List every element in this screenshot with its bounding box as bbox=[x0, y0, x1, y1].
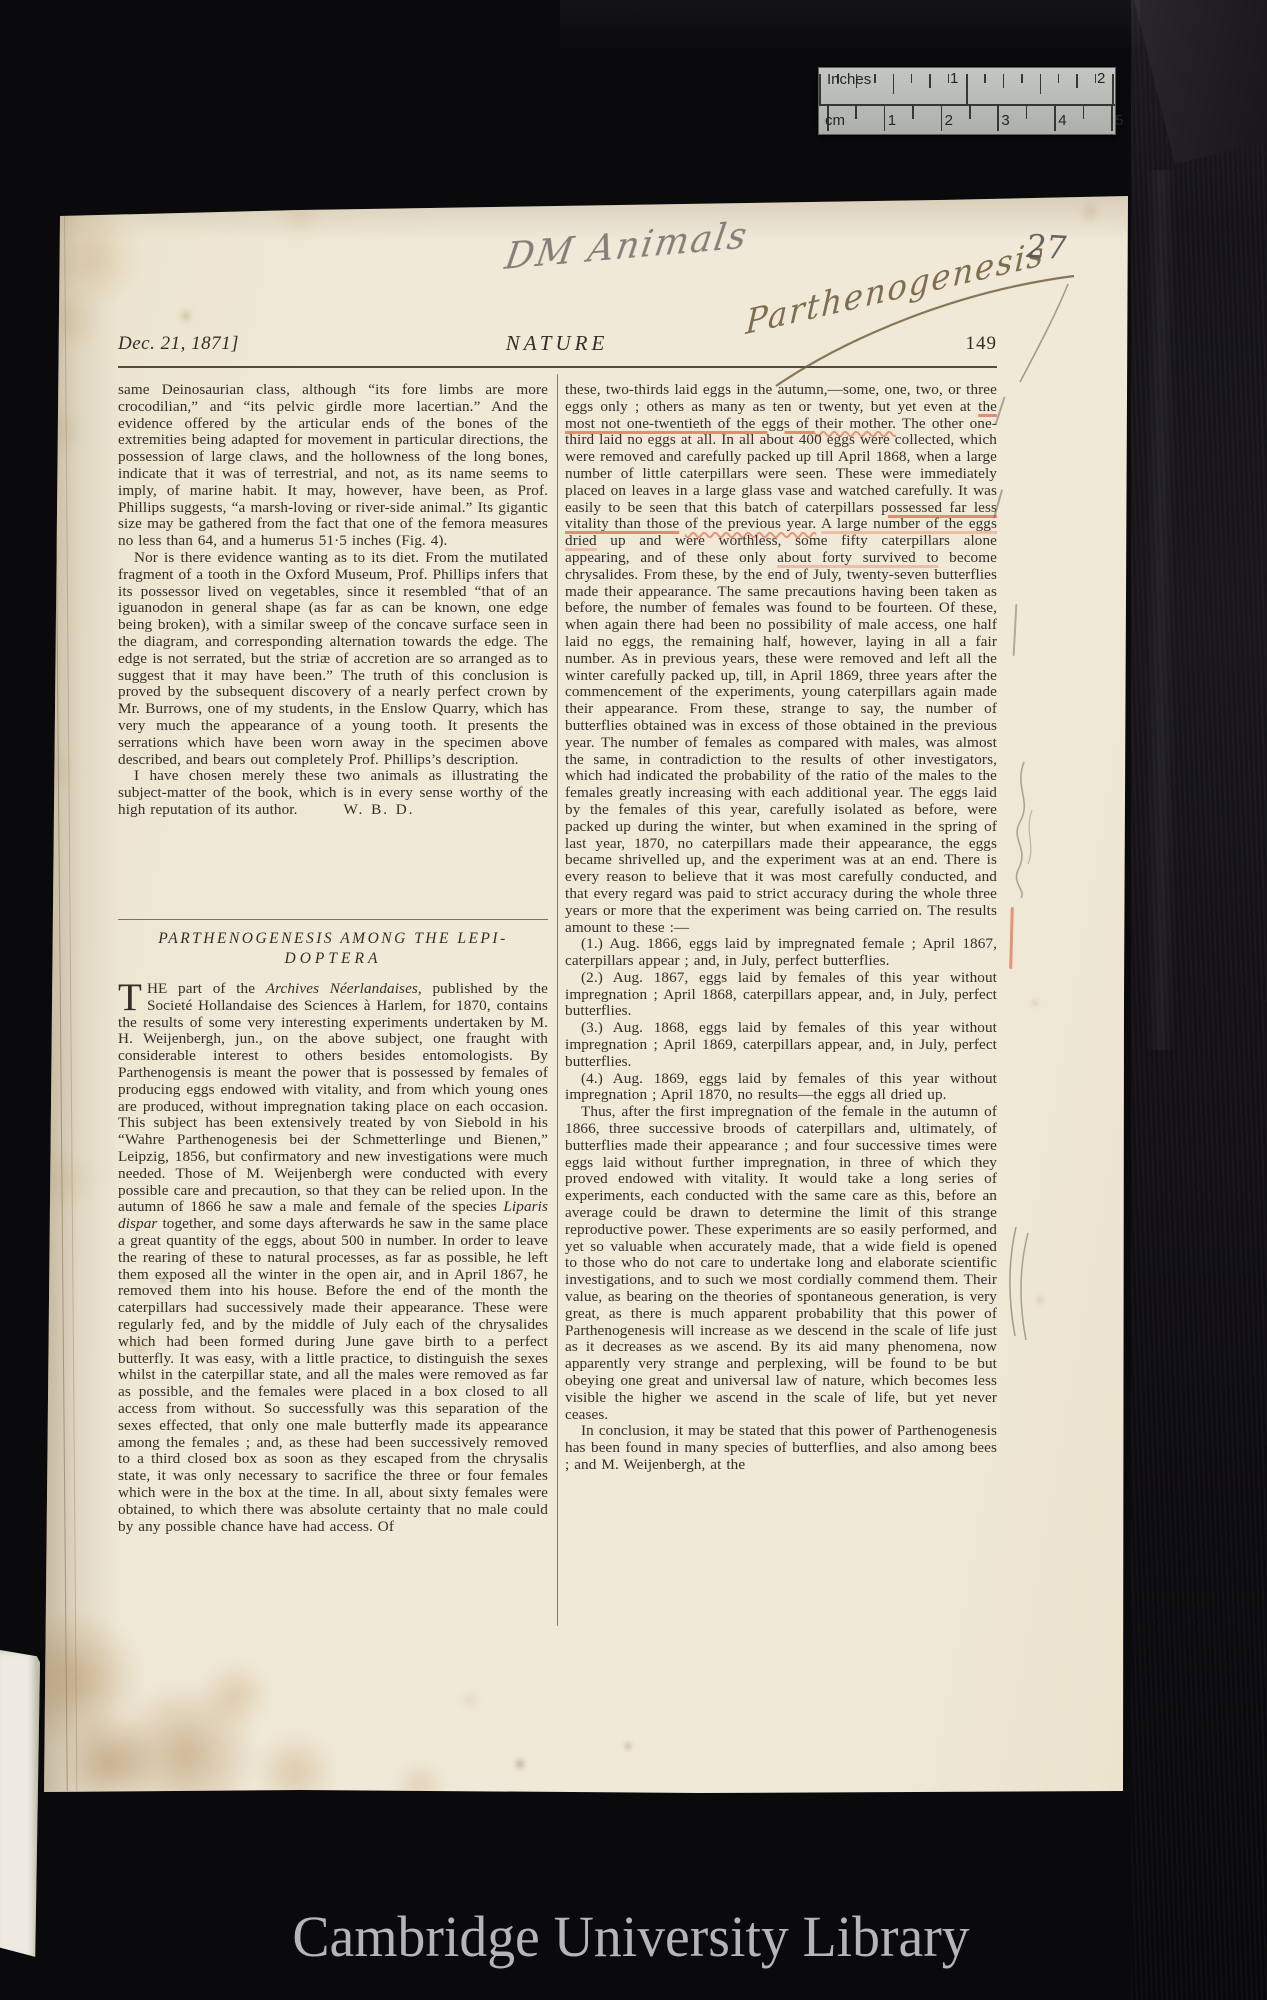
ruler-inch-tick bbox=[1112, 74, 1114, 105]
header-journal-title: NATURE bbox=[457, 331, 657, 356]
text-segment: become chrysalides. From these, by the e… bbox=[565, 549, 997, 936]
text-segment: In conclusion, it may be stated that thi… bbox=[565, 1422, 997, 1473]
journal-page: Dec. 21, 1871] NATURE 149 same Deinosaur… bbox=[0, 0, 1267, 2000]
text-segment: Nor is there evidence wanting as to its … bbox=[118, 549, 548, 768]
paragraph: (4.) Aug. 1869, eggs laid by females of … bbox=[565, 1071, 997, 1105]
ruler-cm-tick bbox=[884, 106, 886, 131]
ruler-cm-tick bbox=[912, 106, 914, 119]
ruler-cm-number: 5 bbox=[1115, 112, 1123, 129]
ink-flourish-stroke bbox=[770, 270, 1080, 390]
ruler-inch-tick bbox=[929, 74, 931, 88]
text-segment: about forty survived to bbox=[777, 549, 938, 566]
ruler-inch-tick bbox=[874, 74, 876, 83]
text-segment: together, and some days afterwards he sa… bbox=[118, 1215, 548, 1534]
text-segment: published by the Societé Hollandaise des… bbox=[118, 981, 548, 1215]
ruler-inch-tick bbox=[1095, 74, 1097, 83]
left-column-article-body: THE part of the Archives Néerlandaises, … bbox=[118, 981, 548, 1633]
text-segment: (4.) Aug. 1869, eggs laid by females of … bbox=[565, 1070, 997, 1104]
article-separator-rule bbox=[118, 919, 548, 920]
paragraph: (1.) Aug. 1866, eggs laid by impregnated… bbox=[565, 936, 997, 970]
foxing-stain bbox=[253, 1730, 337, 1814]
ruler-cm-tick bbox=[997, 106, 999, 131]
paragraph: In conclusion, it may be stated that thi… bbox=[565, 1423, 997, 1473]
red-crayon-margin-line bbox=[1009, 907, 1014, 969]
text-segment: (3.) Aug. 1868, eggs laid by females of … bbox=[565, 1019, 997, 1070]
foxing-stain bbox=[1080, 202, 1100, 222]
text-segment: their mother. bbox=[815, 415, 896, 432]
ruler-cm-tick bbox=[1054, 106, 1056, 131]
paragraph: same Deinosaurian class, although “its f… bbox=[118, 382, 548, 550]
paragraph: these, two-thirds laid eggs in the autum… bbox=[565, 382, 997, 936]
ruler-cm-tick bbox=[1026, 106, 1028, 119]
foxing-stain bbox=[514, 1758, 526, 1770]
foxing-stain bbox=[47, 210, 143, 306]
foxing-stain bbox=[623, 1741, 633, 1751]
ruler-cm-number: 3 bbox=[1001, 112, 1009, 129]
ruler-inch-tick bbox=[1021, 74, 1023, 83]
pencil-margin-squiggle bbox=[1004, 760, 1046, 900]
pencil-margin-double-bracket bbox=[1002, 1224, 1038, 1344]
column-divider-rule bbox=[557, 374, 558, 1626]
ruler-inch-number: 1 bbox=[950, 70, 958, 87]
ruler-cm-tick bbox=[855, 106, 857, 119]
text-segment: T bbox=[118, 981, 147, 1013]
header-date: Dec. 21, 1871] bbox=[118, 333, 239, 355]
foxing-stain bbox=[36, 1150, 96, 1210]
ruler-inch-tick bbox=[1003, 74, 1005, 88]
library-caption: Cambridge University Library bbox=[247, 1903, 1015, 1970]
foxing-stain bbox=[460, 1690, 480, 1710]
foxing-stain bbox=[34, 404, 86, 456]
foxing-stain bbox=[278, 193, 322, 237]
foxing-stain bbox=[40, 290, 100, 350]
scale-ruler: Inches12cm12345 bbox=[818, 67, 1116, 135]
ruler-inch-tick bbox=[1058, 74, 1060, 83]
ruler-cm-tick bbox=[1111, 106, 1113, 131]
ruler-inch-tick bbox=[911, 74, 913, 83]
left-column-article-end: same Deinosaurian class, although “its f… bbox=[118, 382, 548, 914]
ruler-cm-number: 1 bbox=[888, 112, 896, 129]
text-segment: of the previous year. bbox=[685, 515, 816, 532]
paragraph: THE part of the Archives Néerlandaises, … bbox=[118, 981, 548, 1535]
ruler-inch-tick bbox=[893, 74, 895, 94]
scan-stage: Dec. 21, 1871] NATURE 149 same Deinosaur… bbox=[0, 0, 1267, 2000]
velvet-fold-highlight bbox=[1146, 170, 1176, 1050]
pencil-page-number: 27 bbox=[1022, 227, 1070, 267]
ruler-inch-tick bbox=[1040, 74, 1042, 94]
text-segment: (1.) Aug. 1866, eggs laid by impregnated… bbox=[565, 935, 997, 969]
ruler-cm-number: 2 bbox=[945, 112, 953, 129]
pencil-annotation: DM Animals bbox=[502, 215, 751, 278]
paragraph: (2.) Aug. 1867, eggs laid by females of … bbox=[565, 970, 997, 1020]
ruler-cm-number: 4 bbox=[1058, 112, 1066, 129]
foxing-stain bbox=[110, 1680, 260, 1830]
text-segment: W. B. D. bbox=[298, 801, 415, 818]
text-segment: Thus, after the first impregnation of th… bbox=[565, 1103, 997, 1422]
gutter-crease-line bbox=[64, 214, 77, 1791]
text-segment: Archives Néerlandaises, bbox=[266, 981, 422, 997]
article-title-line1: PARTHENOGENESIS AMONG THE LEPI- bbox=[118, 930, 548, 948]
ruler-inch-number: 2 bbox=[1097, 70, 1105, 87]
ruler-inch-tick bbox=[984, 74, 986, 83]
ruler-inch-tick bbox=[819, 74, 821, 105]
text-segment: (2.) Aug. 1867, eggs laid by females of … bbox=[565, 969, 997, 1020]
ruler-cm-label: cm bbox=[825, 112, 845, 129]
ruler-cm-tick bbox=[941, 106, 943, 131]
right-column-article-body: these, two-thirds laid eggs in the autum… bbox=[565, 382, 997, 1634]
ruler-inches-label: Inches bbox=[827, 71, 871, 88]
foxing-stain bbox=[1031, 999, 1039, 1007]
text-segment: HE part of the bbox=[147, 981, 266, 997]
article-title-line2: DOPTERA bbox=[118, 950, 548, 968]
ruler-inch-tick bbox=[966, 74, 968, 105]
paragraph: (3.) Aug. 1868, eggs laid by females of … bbox=[565, 1020, 997, 1070]
pencil-margin-stroke bbox=[1013, 604, 1018, 656]
foxing-stain bbox=[394, 1760, 446, 1812]
velvet-sheen-top bbox=[560, 0, 1140, 55]
paragraph: I have chosen merely these two animals a… bbox=[118, 768, 548, 818]
text-segment: same Deinosaurian class, although “its f… bbox=[118, 382, 548, 549]
ruler-inch-tick bbox=[1076, 74, 1078, 88]
ruler-cm-tick bbox=[969, 106, 971, 119]
foxing-stain bbox=[199, 1659, 271, 1731]
paragraph: Nor is there evidence wanting as to its … bbox=[118, 550, 548, 768]
ruler-cm-tick bbox=[1083, 106, 1085, 119]
ruler-inch-tick bbox=[948, 74, 950, 83]
paragraph: Thus, after the first impregnation of th… bbox=[565, 1104, 997, 1423]
foxing-stain bbox=[179, 309, 193, 323]
underlying-page-edge bbox=[0, 1650, 40, 1960]
